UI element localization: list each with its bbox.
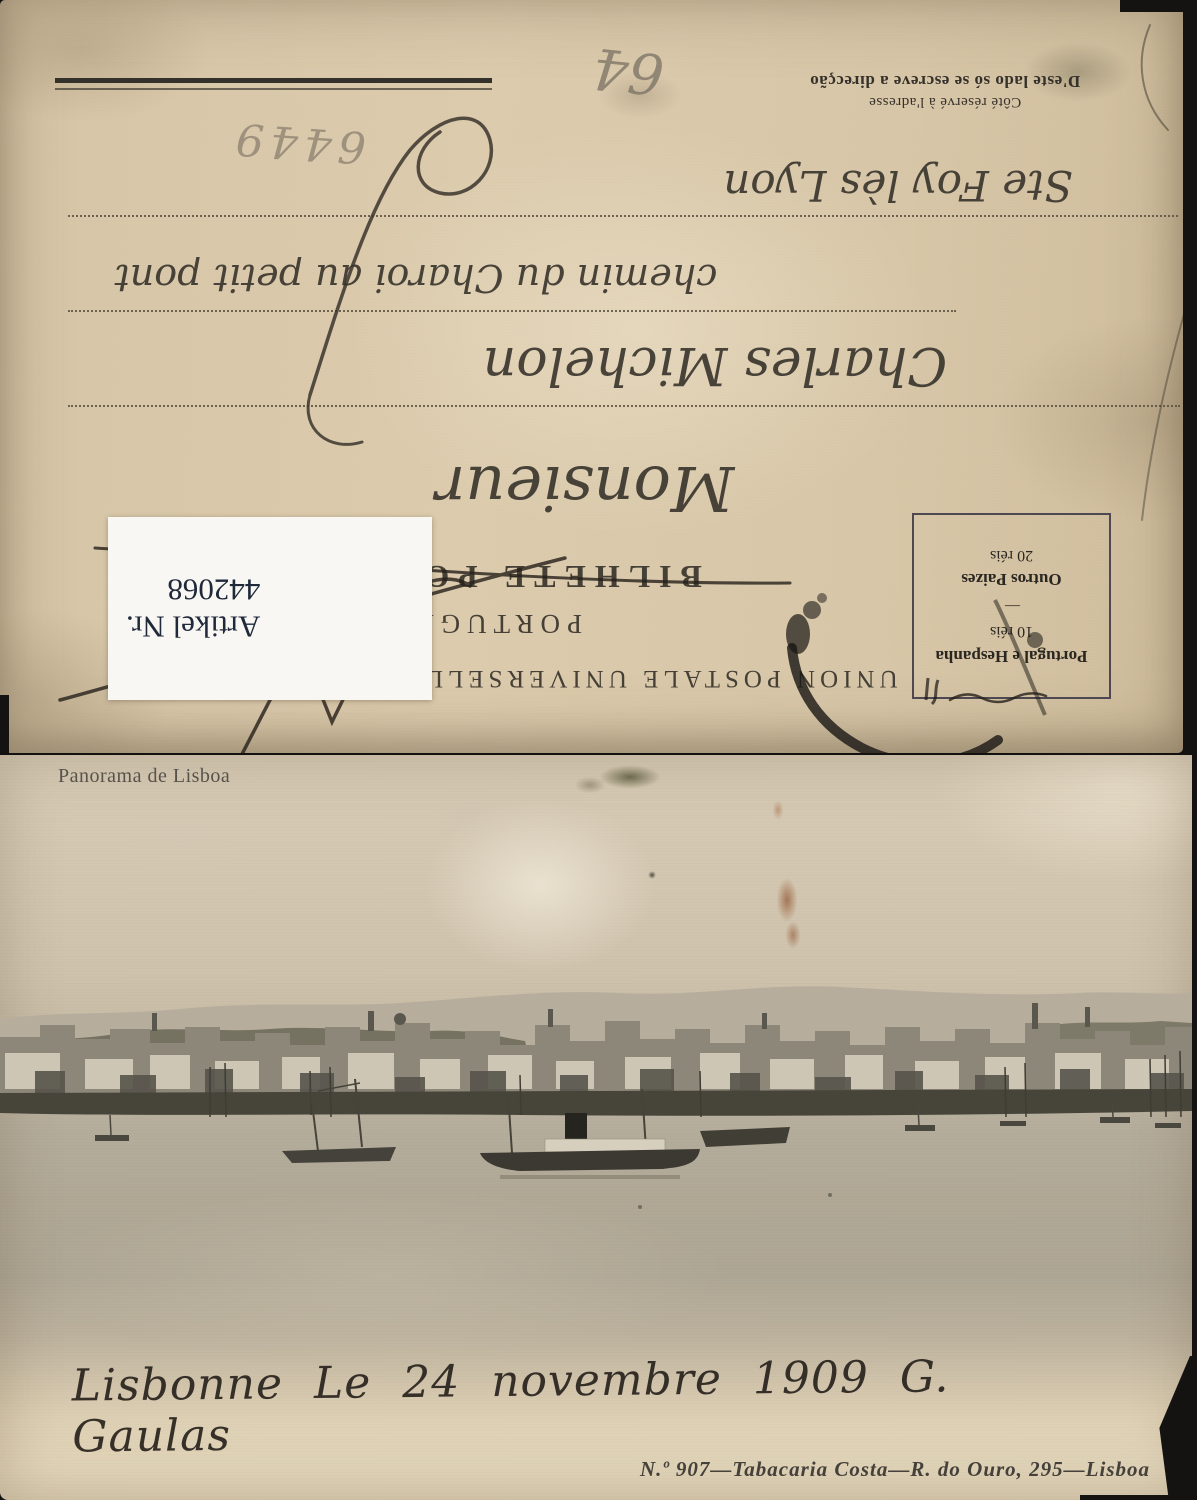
postmark-arc (792, 648, 998, 753)
dealer-label-number: 442068 (126, 571, 260, 608)
handwritten-message: Lisbonne Le 24 novembre 1909 G. Gaulas (71, 1349, 1132, 1462)
edge-stroke-mid (1142, 300, 1183, 520)
scan-edge-bottom-right (1080, 1495, 1197, 1500)
scan-edge-right-lower (1192, 755, 1197, 1500)
barge (700, 1127, 790, 1147)
scan-edge-right (1183, 0, 1197, 753)
dealer-label: Artikel Nr. 442068 (108, 517, 432, 700)
edge-stroke-top (1142, 25, 1168, 130)
ink-smear (995, 600, 1045, 715)
postcard-back: Côté réservé à l'adresse D'este lado só … (0, 0, 1183, 753)
postmark-blotch-2 (803, 601, 821, 619)
postmark-blotch-1 (786, 614, 810, 654)
steamship-funnel (565, 1113, 587, 1143)
flourish-tail (308, 395, 362, 444)
publisher-imprint: N.º 907—Tabacaria Costa—R. do Ouro, 295—… (640, 1457, 1150, 1482)
postmark-blotch-3 (817, 593, 827, 603)
ship-reflection (500, 1175, 680, 1179)
stamp-box-squiggle (950, 693, 1046, 702)
dealer-label-text: Artikel Nr. 442068 (126, 571, 260, 645)
panorama-photo-art (0, 967, 1192, 1259)
ink-blot (1027, 632, 1043, 648)
postmark (786, 593, 1045, 753)
steamship-hull (480, 1149, 700, 1171)
large-ink-flourish (310, 118, 491, 395)
postcard-front: Panorama de Lisboa (0, 755, 1192, 1500)
waterfront-strip (0, 1089, 1192, 1116)
dealer-label-caption: Artikel Nr. (126, 609, 260, 646)
postcard-scan: Côté réservé à l'adresse D'este lado só … (0, 0, 1197, 1500)
photo-caption: Panorama de Lisboa (58, 765, 230, 788)
postmark-letters (926, 678, 938, 704)
